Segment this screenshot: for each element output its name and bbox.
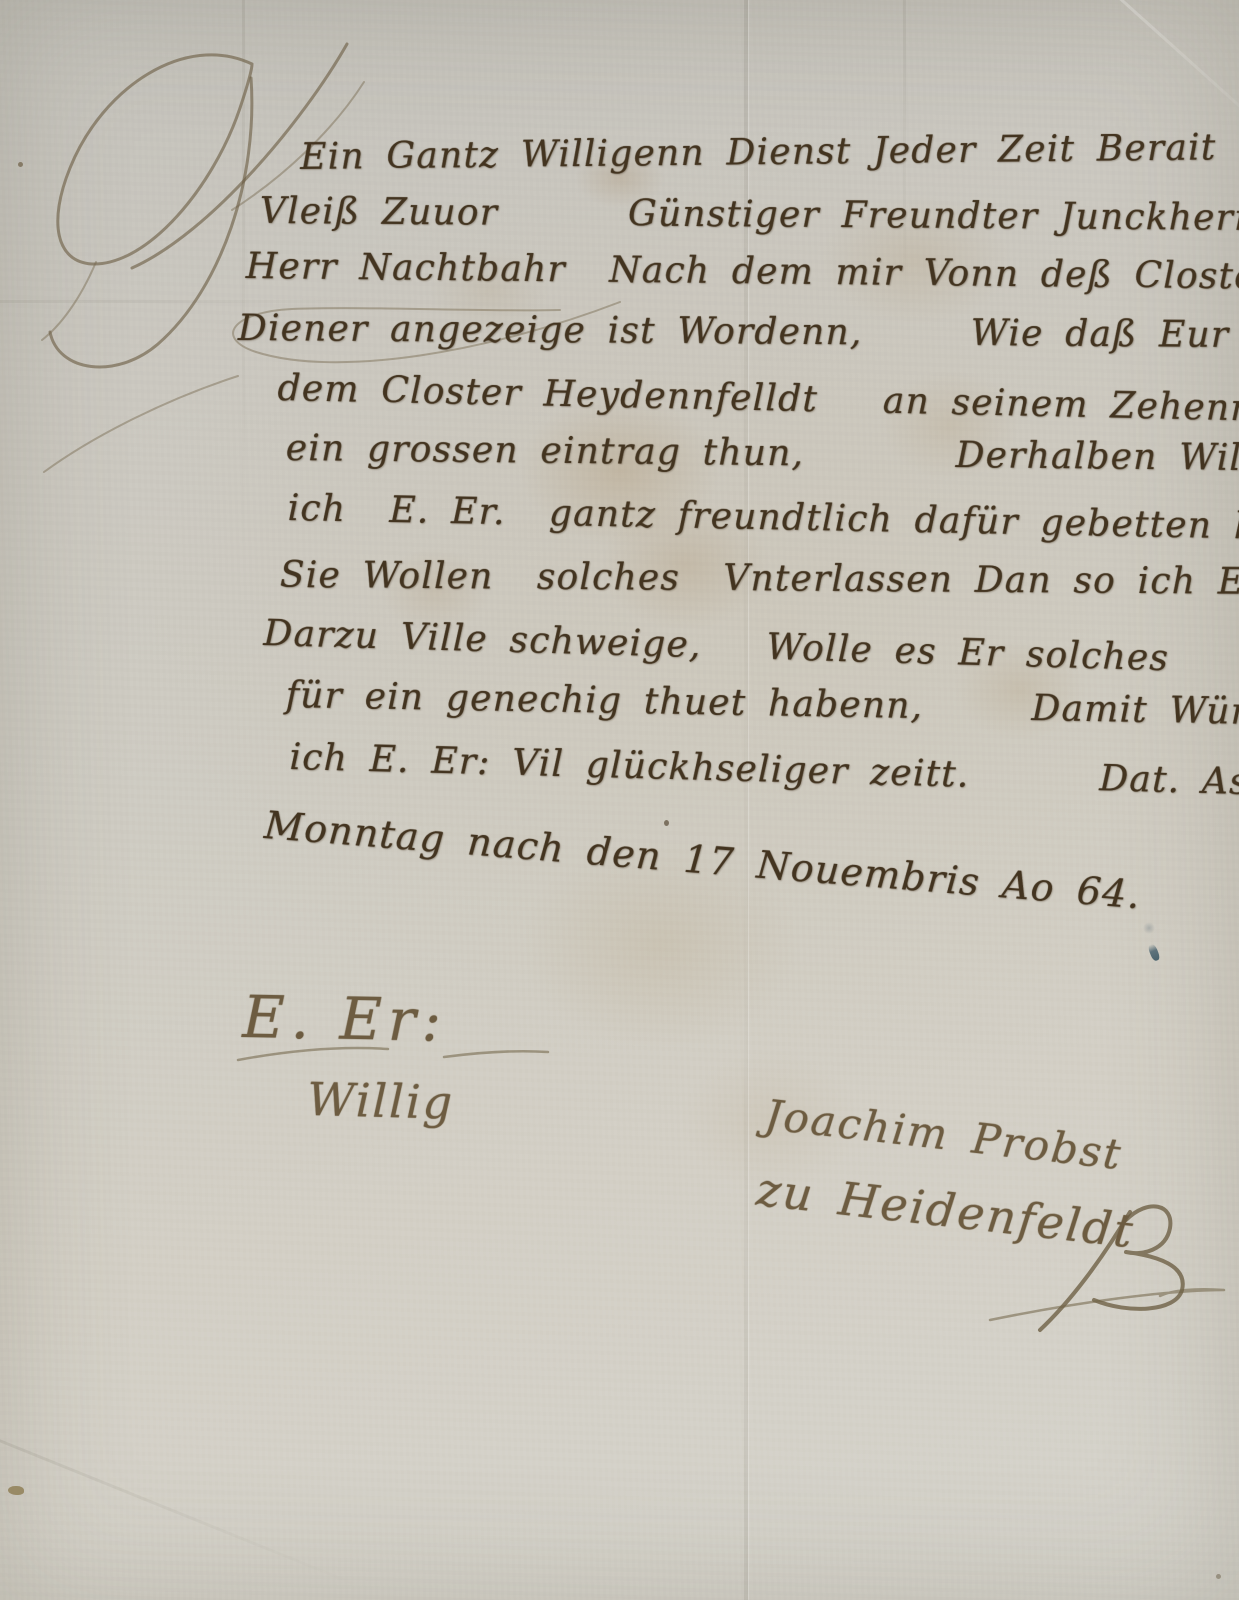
closing-abbreviation: E. Er: [242,983,448,1055]
ink-speck-brown [8,1486,24,1495]
manuscript-line: Sie Wollen solches Vnterlassen Dan so ic… [280,558,1239,601]
manuscript-line: Diener angezeige ist Wordenn, Wie daß Eu… [238,311,1239,354]
ink-speck [664,820,669,826]
manuscript-photo: Ein Gantz Willigenn Dienst Jeder Zeit Be… [0,0,1239,1600]
ink-flourishes [0,0,1239,1600]
ink-speck [1216,1574,1221,1579]
closing-word: Willig [307,1072,455,1130]
manuscript-line: ein grossen eintrag thun, Derhalben Will [286,431,1239,477]
ink-speck-blue [1143,922,1155,934]
manuscript-line: Vleiß Zuuor Günstiger Freundter Junckher… [260,194,1239,238]
manuscript-line: Ein Gantz Willigenn Dienst Jeder Zeit Be… [300,130,1217,176]
ink-speck [18,162,23,167]
